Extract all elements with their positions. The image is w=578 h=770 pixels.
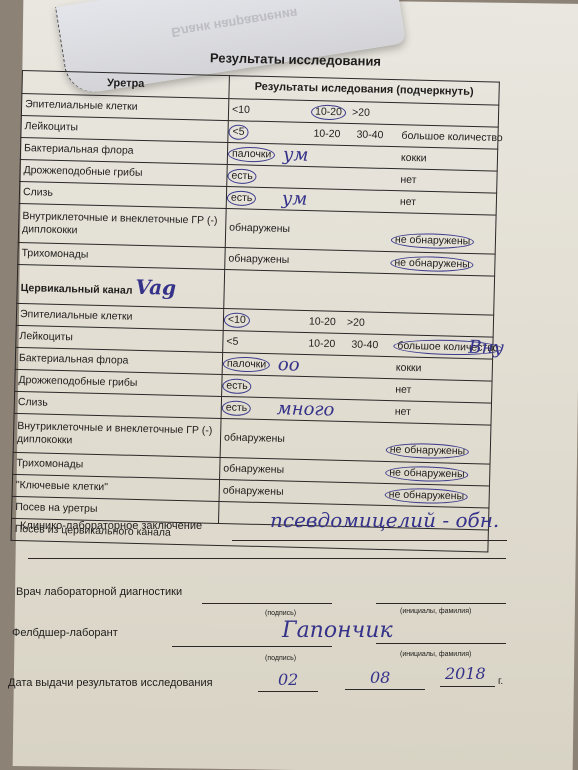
doctor-signature-line	[202, 603, 332, 604]
conclusion-line-2	[28, 558, 506, 559]
doctor-label: Врач лабораторной диагностики	[16, 586, 182, 598]
doctor-initials-caption: (инициалы, фамилия)	[400, 608, 471, 615]
year-suffix: г.	[498, 676, 503, 687]
date-label: Дата выдачи результатов исследования	[8, 677, 213, 689]
conclusion-line	[232, 540, 507, 541]
date-year: 2018	[445, 664, 486, 683]
date-year-line	[440, 686, 495, 687]
conclusion-value: псевдомицелий - обн.	[270, 508, 499, 532]
assistant-signature: Гапончик	[282, 618, 393, 643]
assistant-signature-caption: (подпись)	[265, 655, 296, 662]
date-month-line	[345, 689, 425, 690]
conclusion-label: Клинико-лабораторное заключение	[20, 520, 202, 532]
signature-section: Клинико-лабораторное заключение псевдоми…	[0, 0, 578, 770]
assistant-initials-caption: (инициалы, фамилия)	[400, 651, 471, 658]
assistant-signature-line	[172, 646, 332, 647]
doctor-signature-caption: (подпись)	[265, 610, 296, 617]
date-day: 02	[278, 670, 298, 689]
assistant-label: Фелбдшер-лаборант	[12, 627, 118, 639]
doctor-initials-line	[376, 603, 506, 604]
date-month: 08	[370, 668, 390, 687]
assistant-initials-line	[376, 643, 506, 644]
date-day-line	[258, 691, 318, 692]
